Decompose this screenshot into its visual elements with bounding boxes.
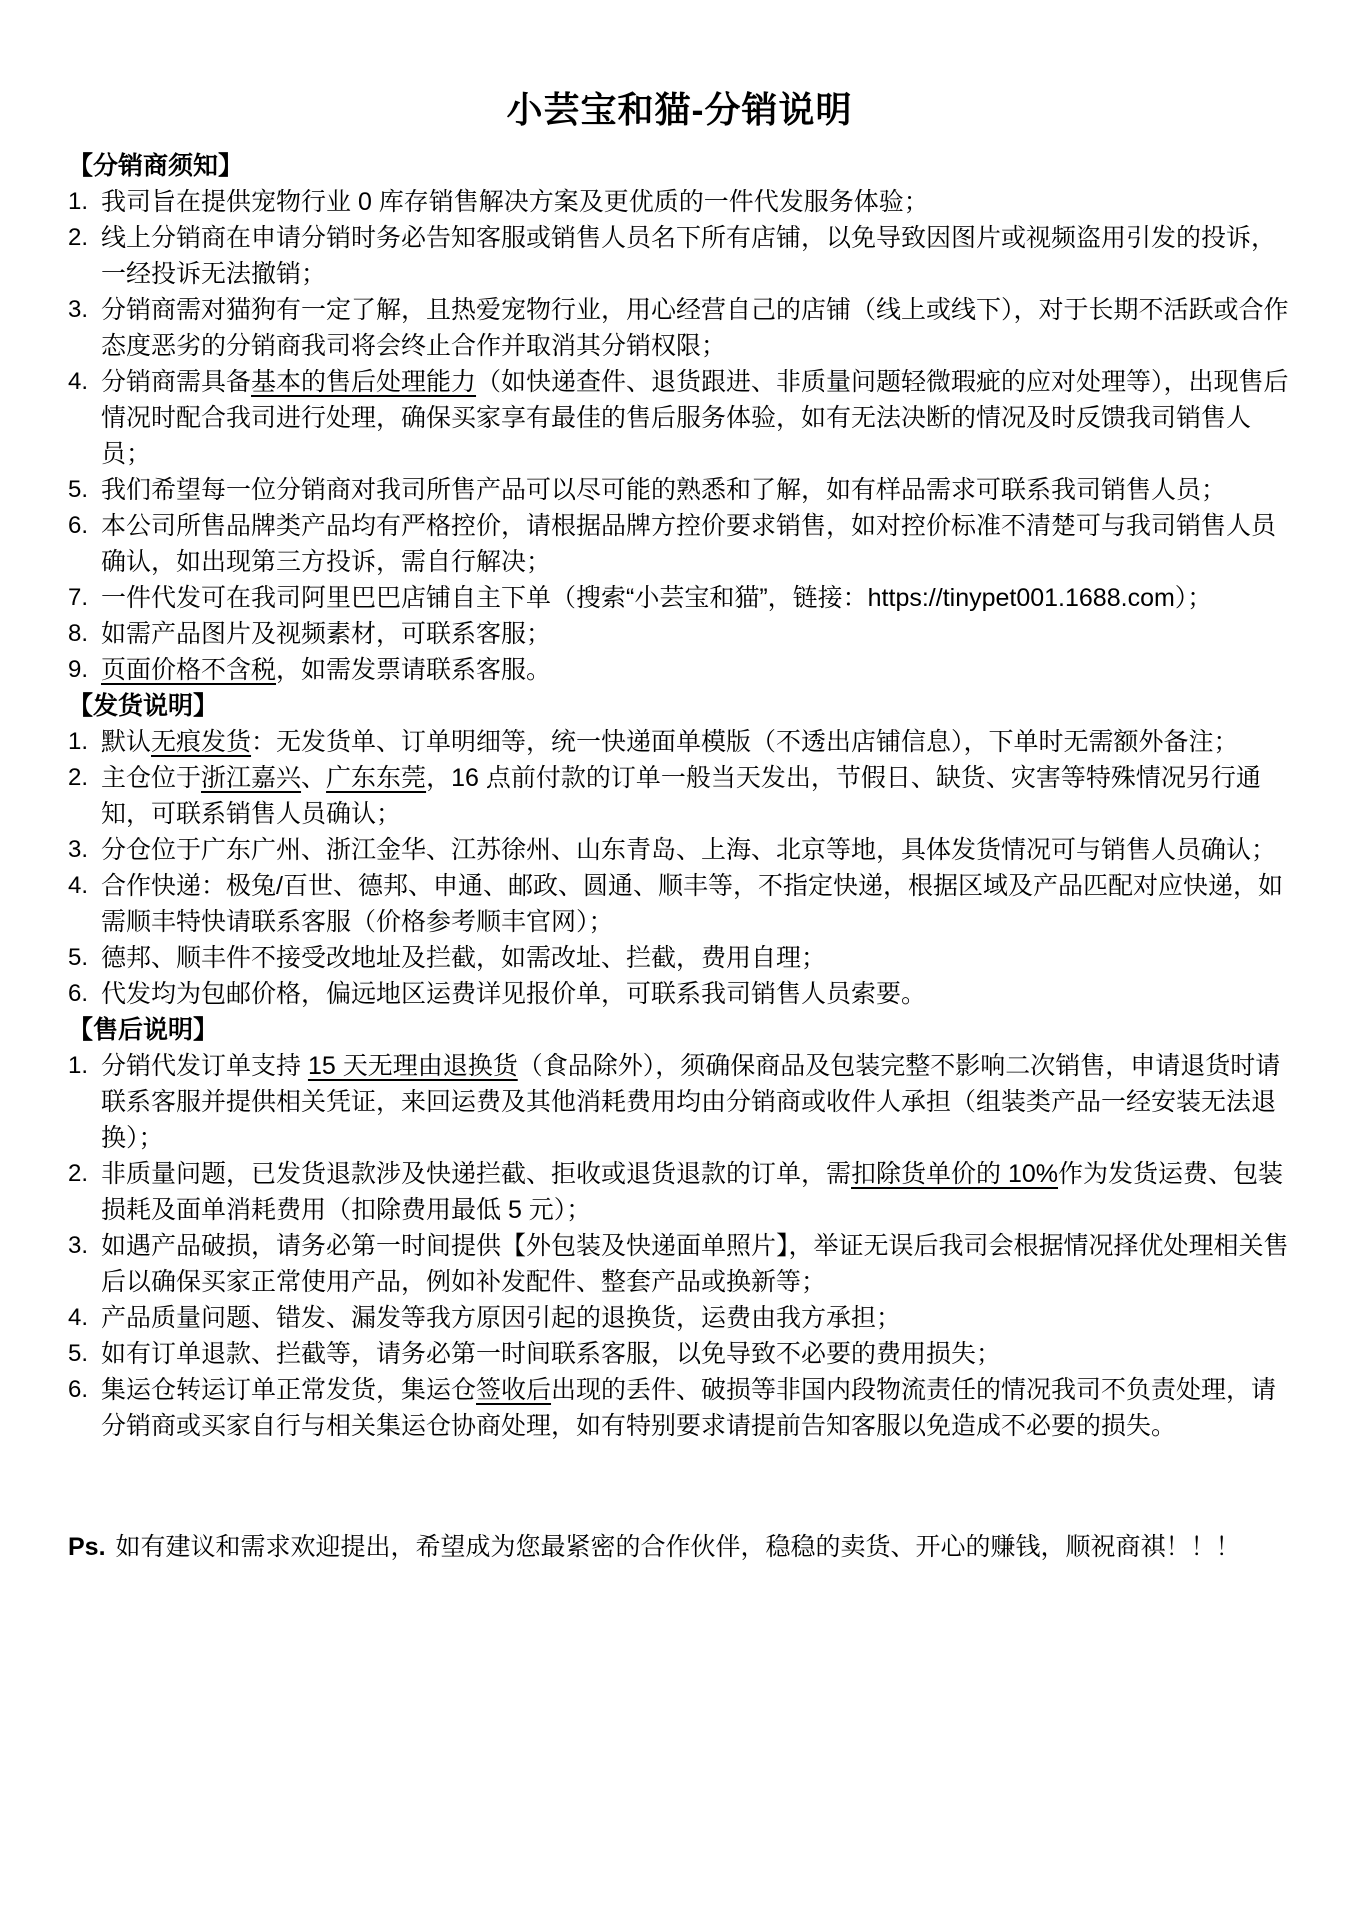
item-number: 3. <box>68 1228 101 1264</box>
underlined-text: 基本的售后处理能力 <box>251 368 476 396</box>
item-number: 2. <box>68 220 101 256</box>
item-text: 默认无痕发货：无发货单、订单明细等，统一快递面单模版（不透出店铺信息），下单时无… <box>101 724 1291 760</box>
list-item: 1.我司旨在提供宠物行业 0 库存销售解决方案及更优质的一件代发服务体验； <box>68 184 1291 220</box>
item-text: 我们希望每一位分销商对我司所售产品可以尽可能的熟悉和了解，如有样品需求可联系我司… <box>101 472 1291 508</box>
list-item: 8.如需产品图片及视频素材，可联系客服； <box>68 616 1291 652</box>
item-text: 集运仓转运订单正常发货，集运仓签收后出现的丢件、破损等非国内段物流责任的情况我司… <box>101 1372 1291 1444</box>
item-text: 非质量问题，已发货退款涉及快递拦截、拒收或退货退款的订单，需扣除货单价的 10%… <box>101 1156 1291 1228</box>
item-text: 如遇产品破损，请务必第一时间提供【外包装及快递面单照片】，举证无误后我司会根据情… <box>101 1228 1291 1300</box>
section-items-2: 1.默认无痕发货：无发货单、订单明细等，统一快递面单模版（不透出店铺信息），下单… <box>68 724 1291 1012</box>
underlined-text: 签收后 <box>476 1376 551 1404</box>
list-item: 2.主仓位于浙江嘉兴、广东东莞，16 点前付款的订单一般当天发出，节假日、缺货、… <box>68 760 1291 832</box>
item-text: 如需产品图片及视频素材，可联系客服； <box>101 616 1291 652</box>
list-item: 2.线上分销商在申请分销时务必告知客服或销售人员名下所有店铺，以免导致因图片或视… <box>68 220 1291 292</box>
item-number: 1. <box>68 1048 101 1084</box>
text-run: 德邦、顺丰件不接受改地址及拦截，如需改址、拦截，费用自理； <box>101 944 826 972</box>
item-number: 4. <box>68 364 101 400</box>
underlined-text: 无痕发货 <box>151 728 251 756</box>
item-text: 德邦、顺丰件不接受改地址及拦截，如需改址、拦截，费用自理； <box>101 940 1291 976</box>
list-item: 3.分仓位于广东广州、浙江金华、江苏徐州、山东青岛、上海、北京等地，具体发货情况… <box>68 832 1291 868</box>
list-item: 4.分销商需具备基本的售后处理能力（如快递查件、退货跟进、非质量问题轻微瑕疵的应… <box>68 364 1291 472</box>
section-heading-1: 【分销商须知】 <box>68 148 1291 184</box>
item-number: 9. <box>68 652 101 688</box>
text-run: 本公司所售品牌类产品均有严格控价，请根据品牌方控价要求销售，如对控价标准不清楚可… <box>101 512 1276 576</box>
item-number: 2. <box>68 760 101 796</box>
item-text: 一件代发可在我司阿里巴巴店铺自主下单（搜索“小芸宝和猫”，链接：https://… <box>101 580 1291 616</box>
document-title: 小芸宝和猫-分销说明 <box>68 88 1291 132</box>
item-text: 合作快递：极兔/百世、德邦、申通、邮政、圆通、顺丰等，不指定快递，根据区域及产品… <box>101 868 1291 940</box>
underlined-text: 浙江嘉兴 <box>201 764 301 792</box>
item-number: 3. <box>68 832 101 868</box>
item-number: 5. <box>68 940 101 976</box>
list-item: 1.分销代发订单支持 15 天无理由退换货（食品除外），须确保商品及包装完整不影… <box>68 1048 1291 1156</box>
item-number: 7. <box>68 580 101 616</box>
item-number: 2. <box>68 1156 101 1192</box>
postscript-prefix: Ps. <box>68 1533 106 1561</box>
item-text: 分销商需对猫狗有一定了解，且热爱宠物行业，用心经营自己的店铺（线上或线下），对于… <box>101 292 1291 364</box>
text-run: 我们希望每一位分销商对我司所售产品可以尽可能的熟悉和了解，如有样品需求可联系我司… <box>101 476 1226 504</box>
list-item: 6.代发均为包邮价格，偏远地区运费详见报价单，可联系我司销售人员索要。 <box>68 976 1291 1012</box>
section-items-3: 1.分销代发订单支持 15 天无理由退换货（食品除外），须确保商品及包装完整不影… <box>68 1048 1291 1444</box>
list-item: 5.我们希望每一位分销商对我司所售产品可以尽可能的熟悉和了解，如有样品需求可联系… <box>68 472 1291 508</box>
item-text: 本公司所售品牌类产品均有严格控价，请根据品牌方控价要求销售，如对控价标准不清楚可… <box>101 508 1291 580</box>
text-run: 一件代发可在我司阿里巴巴店铺自主下单（搜索“小芸宝和猫”，链接：https://… <box>101 584 1212 612</box>
underlined-text: 15 天无理由退换货 <box>308 1052 518 1080</box>
list-item: 6.本公司所售品牌类产品均有严格控价，请根据品牌方控价要求销售，如对控价标准不清… <box>68 508 1291 580</box>
text-run: 代发均为包邮价格，偏远地区运费详见报价单，可联系我司销售人员索要。 <box>101 980 926 1008</box>
postscript: Ps.如有建议和需求欢迎提出，希望成为您最紧密的合作伙伴，稳稳的卖货、开心的赚钱… <box>68 1528 1291 1566</box>
underlined-text: 广东东莞 <box>326 764 426 792</box>
text-run: 分仓位于广东广州、浙江金华、江苏徐州、山东青岛、上海、北京等地，具体发货情况可与… <box>101 836 1276 864</box>
text-run: 产品质量问题、错发、漏发等我方原因引起的退换货，运费由我方承担； <box>101 1304 901 1332</box>
list-item: 5.如有订单退款、拦截等，请务必第一时间联系客服，以免导致不必要的费用损失； <box>68 1336 1291 1372</box>
item-text: 代发均为包邮价格，偏远地区运费详见报价单，可联系我司销售人员索要。 <box>101 976 1291 1012</box>
text-run: 线上分销商在申请分销时务必告知客服或销售人员名下所有店铺，以免导致因图片或视频盗… <box>101 224 1276 288</box>
text-run: 分销代发订单支持 <box>101 1052 308 1080</box>
item-text: 产品质量问题、错发、漏发等我方原因引起的退换货，运费由我方承担； <box>101 1300 1291 1336</box>
item-number: 6. <box>68 976 101 1012</box>
text-run: 我司旨在提供宠物行业 0 库存销售解决方案及更优质的一件代发服务体验； <box>101 188 929 216</box>
item-number: 8. <box>68 616 101 652</box>
text-run: 非质量问题，已发货退款涉及快递拦截、拒收或退货退款的订单，需 <box>101 1160 851 1188</box>
list-item: 4.产品质量问题、错发、漏发等我方原因引起的退换货，运费由我方承担； <box>68 1300 1291 1336</box>
list-item: 1.默认无痕发货：无发货单、订单明细等，统一快递面单模版（不透出店铺信息），下单… <box>68 724 1291 760</box>
item-number: 5. <box>68 472 101 508</box>
text-run: 分销商需对猫狗有一定了解，且热爱宠物行业，用心经营自己的店铺（线上或线下），对于… <box>101 296 1289 360</box>
section-items-1: 1.我司旨在提供宠物行业 0 库存销售解决方案及更优质的一件代发服务体验；2.线… <box>68 184 1291 688</box>
text-run: 合作快递：极兔/百世、德邦、申通、邮政、圆通、顺丰等，不指定快递，根据区域及产品… <box>101 872 1283 936</box>
text-run: 集运仓转运订单正常发货，集运仓 <box>101 1376 476 1404</box>
list-item: 3.如遇产品破损，请务必第一时间提供【外包装及快递面单照片】，举证无误后我司会根… <box>68 1228 1291 1300</box>
item-text: 我司旨在提供宠物行业 0 库存销售解决方案及更优质的一件代发服务体验； <box>101 184 1291 220</box>
item-number: 3. <box>68 292 101 328</box>
text-run: 、 <box>301 764 326 792</box>
section-heading-3: 【售后说明】 <box>68 1012 1291 1048</box>
item-number: 6. <box>68 508 101 544</box>
item-text: 分仓位于广东广州、浙江金华、江苏徐州、山东青岛、上海、北京等地，具体发货情况可与… <box>101 832 1291 868</box>
underlined-text: 扣除货单价的 10% <box>851 1160 1058 1188</box>
item-number: 6. <box>68 1372 101 1408</box>
text-run: ：无发货单、订单明细等，统一快递面单模版（不透出店铺信息），下单时无需额外备注； <box>251 728 1239 756</box>
list-item: 6.集运仓转运订单正常发货，集运仓签收后出现的丢件、破损等非国内段物流责任的情况… <box>68 1372 1291 1444</box>
item-number: 1. <box>68 184 101 220</box>
list-item: 2.非质量问题，已发货退款涉及快递拦截、拒收或退货退款的订单，需扣除货单价的 1… <box>68 1156 1291 1228</box>
list-item: 7.一件代发可在我司阿里巴巴店铺自主下单（搜索“小芸宝和猫”，链接：https:… <box>68 580 1291 616</box>
item-text: 分销代发订单支持 15 天无理由退换货（食品除外），须确保商品及包装完整不影响二… <box>101 1048 1291 1156</box>
text-run: 如有订单退款、拦截等，请务必第一时间联系客服，以免导致不必要的费用损失； <box>101 1340 1001 1368</box>
item-number: 4. <box>68 868 101 904</box>
text-run: 分销商需具备 <box>101 368 251 396</box>
document-body: 【分销商须知】1.我司旨在提供宠物行业 0 库存销售解决方案及更优质的一件代发服… <box>68 148 1291 1444</box>
list-item: 9.页面价格不含税，如需发票请联系客服。 <box>68 652 1291 688</box>
item-text: 分销商需具备基本的售后处理能力（如快递查件、退货跟进、非质量问题轻微瑕疵的应对处… <box>101 364 1291 472</box>
item-number: 1. <box>68 724 101 760</box>
underlined-text: 页面价格不含税 <box>101 656 276 684</box>
item-number: 5. <box>68 1336 101 1372</box>
list-item: 3.分销商需对猫狗有一定了解，且热爱宠物行业，用心经营自己的店铺（线上或线下），… <box>68 292 1291 364</box>
item-number: 4. <box>68 1300 101 1336</box>
document-page: 小芸宝和猫-分销说明 【分销商须知】1.我司旨在提供宠物行业 0 库存销售解决方… <box>0 0 1357 1920</box>
item-text: 如有订单退款、拦截等，请务必第一时间联系客服，以免导致不必要的费用损失； <box>101 1336 1291 1372</box>
item-text: 线上分销商在申请分销时务必告知客服或销售人员名下所有店铺，以免导致因图片或视频盗… <box>101 220 1291 292</box>
list-item: 5.德邦、顺丰件不接受改地址及拦截，如需改址、拦截，费用自理； <box>68 940 1291 976</box>
item-text: 主仓位于浙江嘉兴、广东东莞，16 点前付款的订单一般当天发出，节假日、缺货、灾害… <box>101 760 1291 832</box>
text-run: 如需产品图片及视频素材，可联系客服； <box>101 620 551 648</box>
list-item: 4.合作快递：极兔/百世、德邦、申通、邮政、圆通、顺丰等，不指定快递，根据区域及… <box>68 868 1291 940</box>
text-run: 主仓位于 <box>101 764 201 792</box>
text-run: 默认 <box>101 728 151 756</box>
text-run: ，如需发票请联系客服。 <box>276 656 551 684</box>
text-run: 如遇产品破损，请务必第一时间提供【外包装及快递面单照片】，举证无误后我司会根据情… <box>101 1232 1289 1296</box>
section-heading-2: 【发货说明】 <box>68 688 1291 724</box>
item-text: 页面价格不含税，如需发票请联系客服。 <box>101 652 1291 688</box>
postscript-text: 如有建议和需求欢迎提出，希望成为您最紧密的合作伙伴，稳稳的卖货、开心的赚钱，顺祝… <box>116 1533 1241 1561</box>
